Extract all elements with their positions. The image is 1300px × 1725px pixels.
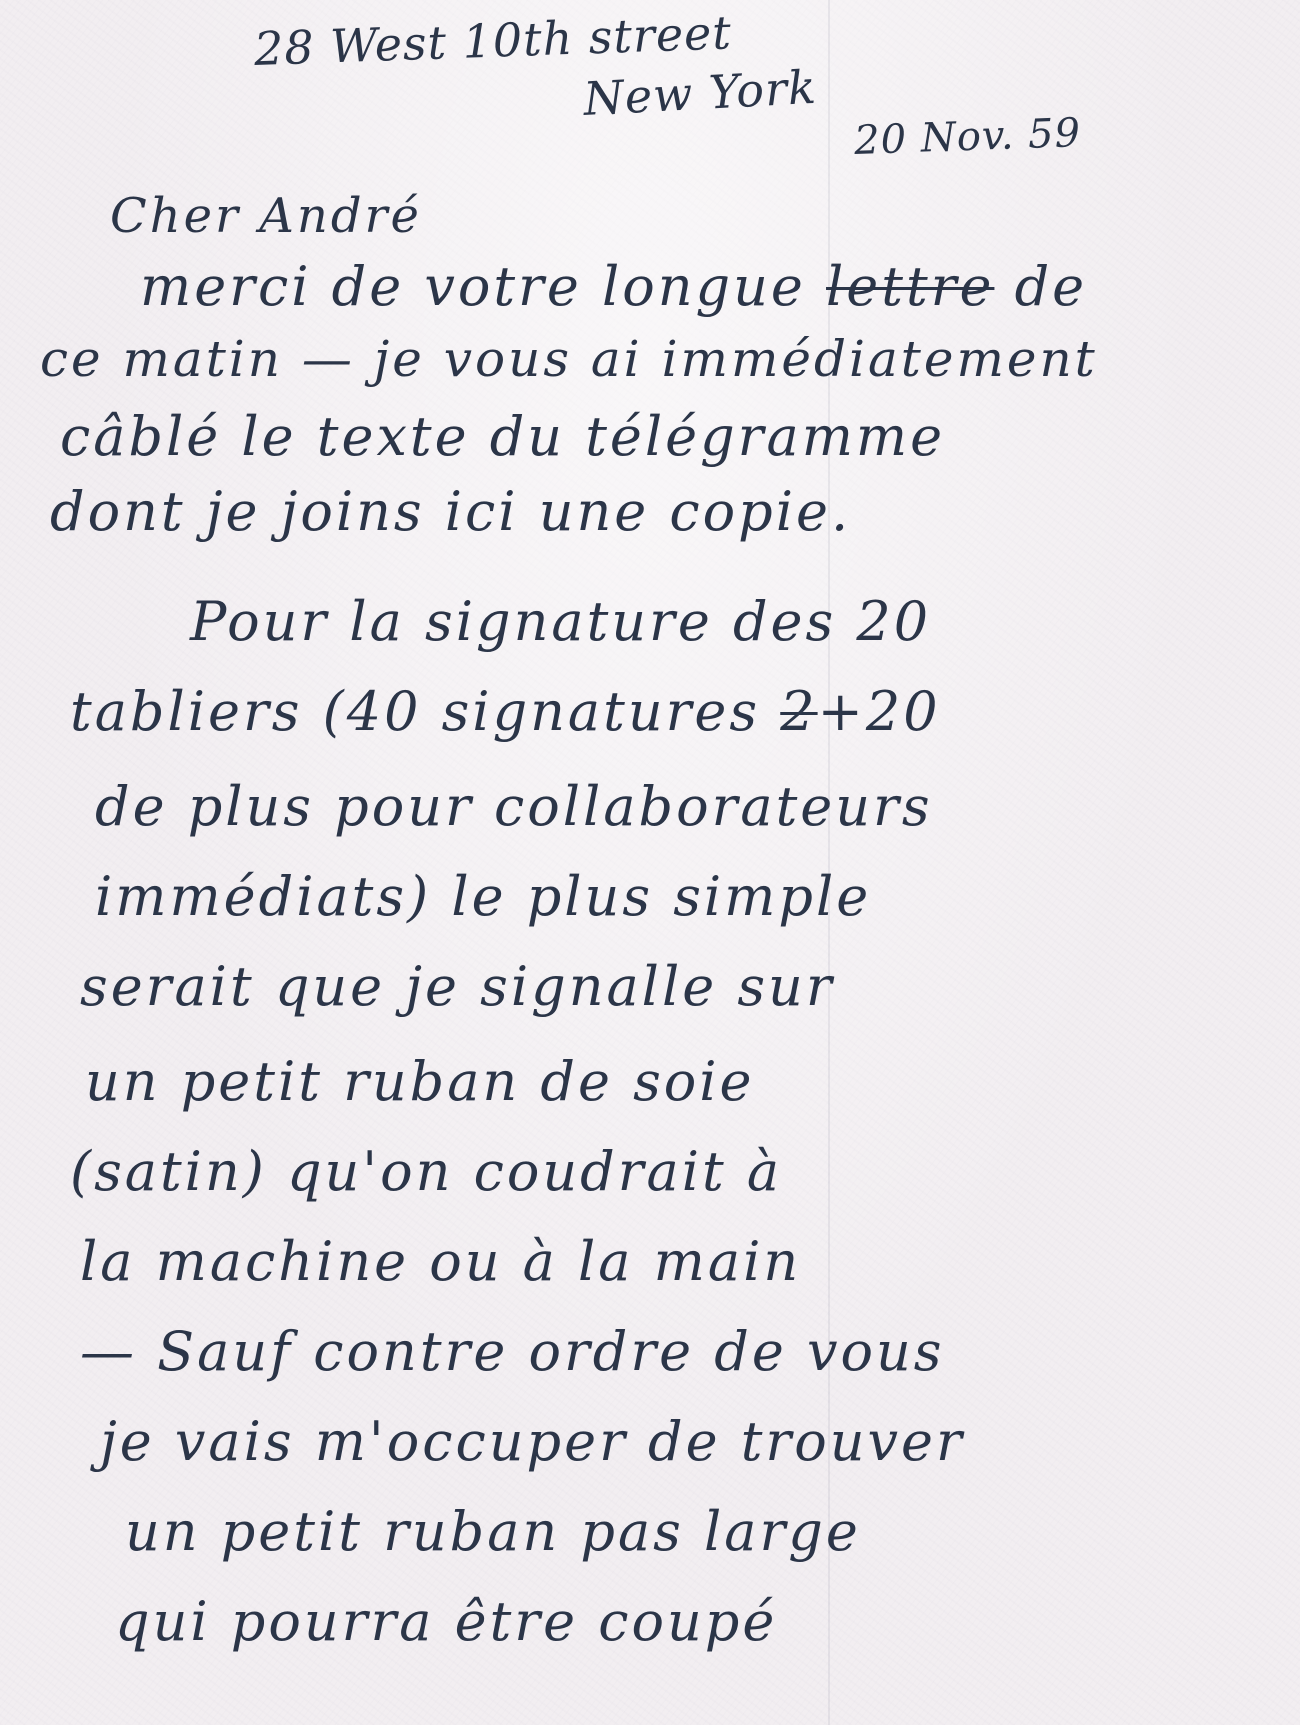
letter-line: merci de votre longue lettre de <box>140 255 1087 318</box>
letter-line-text: +20 <box>818 680 941 743</box>
letter-line: (satin) qu'on coudrait à <box>70 1140 782 1203</box>
letter-line: de plus pour collaborateurs <box>95 775 933 838</box>
letter-line-text: tabliers (40 signatures <box>70 680 780 743</box>
letter-line: dont je joins ici une copie. <box>50 480 851 543</box>
letter-line-text: de <box>994 255 1087 318</box>
letter-line: je vais m'occuper de trouver <box>100 1410 965 1473</box>
letter-line: — Sauf contre ordre de vous <box>80 1320 944 1383</box>
letter-line: qui pourra être coupé <box>115 1590 777 1653</box>
crossed-out-word: 2 <box>780 680 817 743</box>
letter-line: Pour la signature des 20 <box>190 590 931 653</box>
letter-line-text: merci de votre longue <box>140 255 826 318</box>
letter-line: tabliers (40 signatures 2+20 <box>70 680 941 743</box>
letter-line: immédiats) le plus simple <box>95 865 871 928</box>
letter-line: la machine ou à la main <box>80 1230 801 1293</box>
crossed-out-word: lettre <box>826 255 994 318</box>
letter-line: un petit ruban pas large <box>125 1500 861 1563</box>
letter-line: un petit ruban de soie <box>85 1050 755 1113</box>
letter-line: ce matin — je vous ai immédiatement <box>40 330 1098 388</box>
letter-line: serait que je signalle sur <box>80 955 835 1018</box>
salutation: Cher André <box>110 188 422 244</box>
letter-line: câblé le texte du télégramme <box>60 405 945 468</box>
letter-date: 20 Nov. 59 <box>853 110 1081 164</box>
